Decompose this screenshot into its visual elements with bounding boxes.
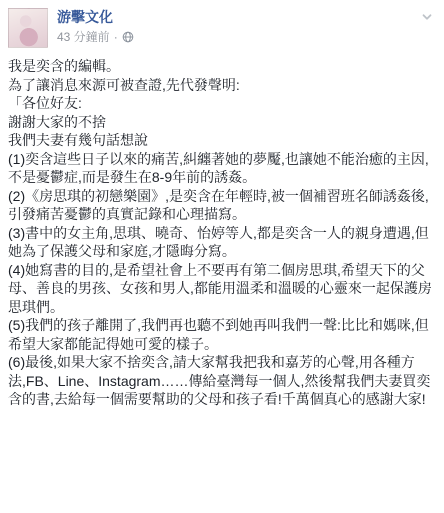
post-paragraph-point-3: (3)書中的女主角,思琪、曉奇、怡婷等人,都是奕含一人的親身遭遇,但她為了保護父… [8,224,436,261]
page-name-link[interactable]: 游擊文化 [57,9,113,26]
post-paragraph-salutation: 「各位好友: [8,94,436,113]
facebook-post: 游擊文化 43 分鐘前 · 我是奕含的編輯。 [0,0,444,409]
avatar[interactable] [8,8,48,48]
post-body: 我是奕含的編輯。 為了讓消息來源可被查證,先代發聲明: 「各位好友: 謝謝大家的… [0,56,444,409]
post-paragraph-intro: 我是奕含的編輯。 為了讓消息來源可被查證,先代發聲明: [8,57,436,94]
post-header: 游擊文化 43 分鐘前 · [0,0,444,56]
meta-separator: · [114,30,118,44]
post-paragraph-point-2: (2)《房思琪的初戀樂園》,是奕含在年輕時,被一個補習班名師誘姦後,引發痛苦憂鬱… [8,187,436,224]
post-paragraph-point-1: (1)奕含這些日子以來的痛苦,糾纏著她的夢魘,也讓她不能治癒的主因,不是憂鬱症,… [8,150,436,187]
chevron-down-icon [420,10,434,29]
post-menu-button[interactable] [418,10,436,28]
post-timestamp[interactable]: 43 分鐘前 [57,30,110,44]
globe-icon [122,31,134,43]
post-meta-line: 43 分鐘前 · [57,30,134,44]
post-paragraph-thanks: 謝謝大家的不捨 我們夫妻有幾句話想說 [8,113,436,150]
post-paragraph-point-4: (4)她寫書的目的,是希望社會上不要再有第二個房思琪,希望天下的父母、善良的男孩… [8,261,436,317]
post-meta: 游擊文化 43 分鐘前 · [57,8,134,44]
post-paragraph-point-6: (6)最後,如果大家不捨奕含,請大家幫我把我和嘉芳的心聲,用各種方法,FB、Li… [8,353,436,409]
post-paragraph-point-5: (5)我們的孩子離開了,我們再也聽不到她再叫我們一聲:比比和媽咪,但希望大家都能… [8,316,436,353]
